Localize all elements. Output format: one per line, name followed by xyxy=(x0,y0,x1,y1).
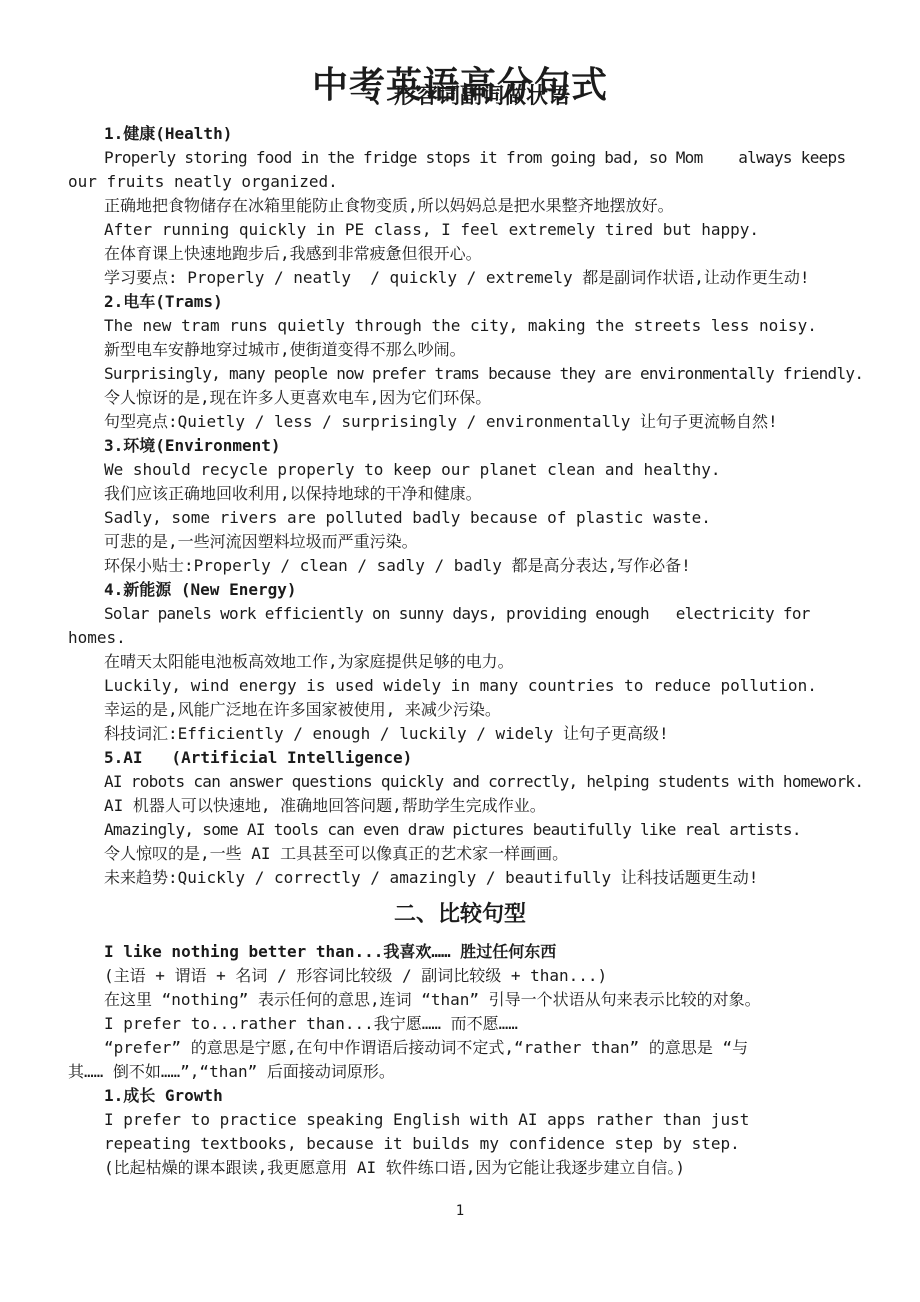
explanation-zh-continuation: 其…… 倒不如……”,“than” 后面接动词原形。 xyxy=(68,1060,870,1084)
sentence-zh: (比起枯燥的课本跟读,我更愿意用 AI 软件练口语,因为它能让我逐步建立自信。) xyxy=(68,1156,870,1180)
sentence-en: repeating textbooks, because it builds m… xyxy=(68,1132,870,1156)
sentence-zh: 幸运的是,风能广泛地在许多国家被使用, 来减少污染。 xyxy=(68,698,870,722)
subsection-heading-ai: 5.AI (Artificial Intelligence) xyxy=(68,746,870,770)
section-adverbials-body: 1.健康(Health) Properly storing food in th… xyxy=(0,122,920,890)
document-page: 中考英语高分句式 一、形容词副词做状语 1.健康(Health) Properl… xyxy=(0,0,920,1302)
explanation-zh: “prefer” 的意思是宁愿,在句中作谓语后接动词不定式,“rather th… xyxy=(68,1036,870,1060)
section-comparison-body: I like nothing better than...我喜欢…… 胜过任何东… xyxy=(0,940,920,1180)
sentence-en-continuation: our fruits neatly organized. xyxy=(68,170,870,194)
sentence-en: Surprisingly, many people now prefer tra… xyxy=(68,362,870,386)
tip-line-environment: 环保小贴士:Properly / clean / sadly / badly 都… xyxy=(68,554,870,578)
sentence-en: We should recycle properly to keep our p… xyxy=(68,458,870,482)
section-heading-comparison: 二、比较句型 xyxy=(0,900,920,930)
explanation-zh: 在这里 “nothing” 表示任何的意思,连词 “than” 引导一个状语从句… xyxy=(68,988,870,1012)
sentence-en: The new tram runs quietly through the ci… xyxy=(68,314,870,338)
sentence-zh: 我们应该正确地回收利用,以保持地球的干净和健康。 xyxy=(68,482,870,506)
subsection-heading-trams: 2.电车(Trams) xyxy=(68,290,870,314)
pattern-heading-nothing-better: I like nothing better than...我喜欢…… 胜过任何东… xyxy=(68,940,870,964)
sentence-en: I prefer to practice speaking English wi… xyxy=(68,1108,870,1132)
tip-line-ai: 未来趋势:Quickly / correctly / amazingly / b… xyxy=(68,866,870,890)
sentence-zh: 令人惊叹的是,一些 AI 工具甚至可以像真正的艺术家一样画画。 xyxy=(68,842,870,866)
sentence-en: Solar panels work efficiently on sunny d… xyxy=(68,602,870,626)
sentence-zh: 令人惊讶的是,现在许多人更喜欢电车,因为它们环保。 xyxy=(68,386,870,410)
pattern-structure: (主语 + 谓语 + 名词 / 形容词比较级 / 副词比较级 + than...… xyxy=(68,964,870,988)
sentence-en: Amazingly, some AI tools can even draw p… xyxy=(68,818,870,842)
sentence-en-continuation: homes. xyxy=(68,626,870,650)
subsection-heading-growth: 1.成长 Growth xyxy=(68,1084,870,1108)
sentence-en: AI robots can answer questions quickly a… xyxy=(68,770,870,794)
section-heading-adverbials: 一、形容词副词做状语 xyxy=(0,82,920,112)
sentence-zh: 在体育课上快速地跑步后,我感到非常疲惫但很开心。 xyxy=(68,242,870,266)
pattern-heading-prefer: I prefer to...rather than...我宁愿…… 而不愿…… xyxy=(68,1012,870,1036)
sentence-en: After running quickly in PE class, I fee… xyxy=(68,218,870,242)
subsection-heading-environment: 3.环境(Environment) xyxy=(68,434,870,458)
subsection-heading-health: 1.健康(Health) xyxy=(68,122,870,146)
sentence-zh: 在晴天太阳能电池板高效地工作,为家庭提供足够的电力。 xyxy=(68,650,870,674)
sentence-en: Luckily, wind energy is used widely in m… xyxy=(68,674,870,698)
sentence-en: Sadly, some rivers are polluted badly be… xyxy=(68,506,870,530)
sentence-zh: 正确地把食物储存在冰箱里能防止食物变质,所以妈妈总是把水果整齐地摆放好。 xyxy=(68,194,870,218)
tip-line-health: 学习要点: Properly / neatly / quickly / extr… xyxy=(68,266,870,290)
sentence-zh: 新型电车安静地穿过城市,使街道变得不那么吵闹。 xyxy=(68,338,870,362)
sentence-zh: 可悲的是,一些河流因塑料垃圾而严重污染。 xyxy=(68,530,870,554)
document-title: 中考英语高分句式 xyxy=(0,0,920,62)
tip-line-trams: 句型亮点:Quietly / less / surprisingly / env… xyxy=(68,410,870,434)
subsection-heading-new-energy: 4.新能源 (New Energy) xyxy=(68,578,870,602)
tip-line-new-energy: 科技词汇:Efficiently / enough / luckily / wi… xyxy=(68,722,870,746)
sentence-en: Properly storing food in the fridge stop… xyxy=(68,146,870,170)
page-number: 1 xyxy=(0,1202,920,1220)
sentence-zh: AI 机器人可以快速地, 准确地回答问题,帮助学生完成作业。 xyxy=(68,794,870,818)
